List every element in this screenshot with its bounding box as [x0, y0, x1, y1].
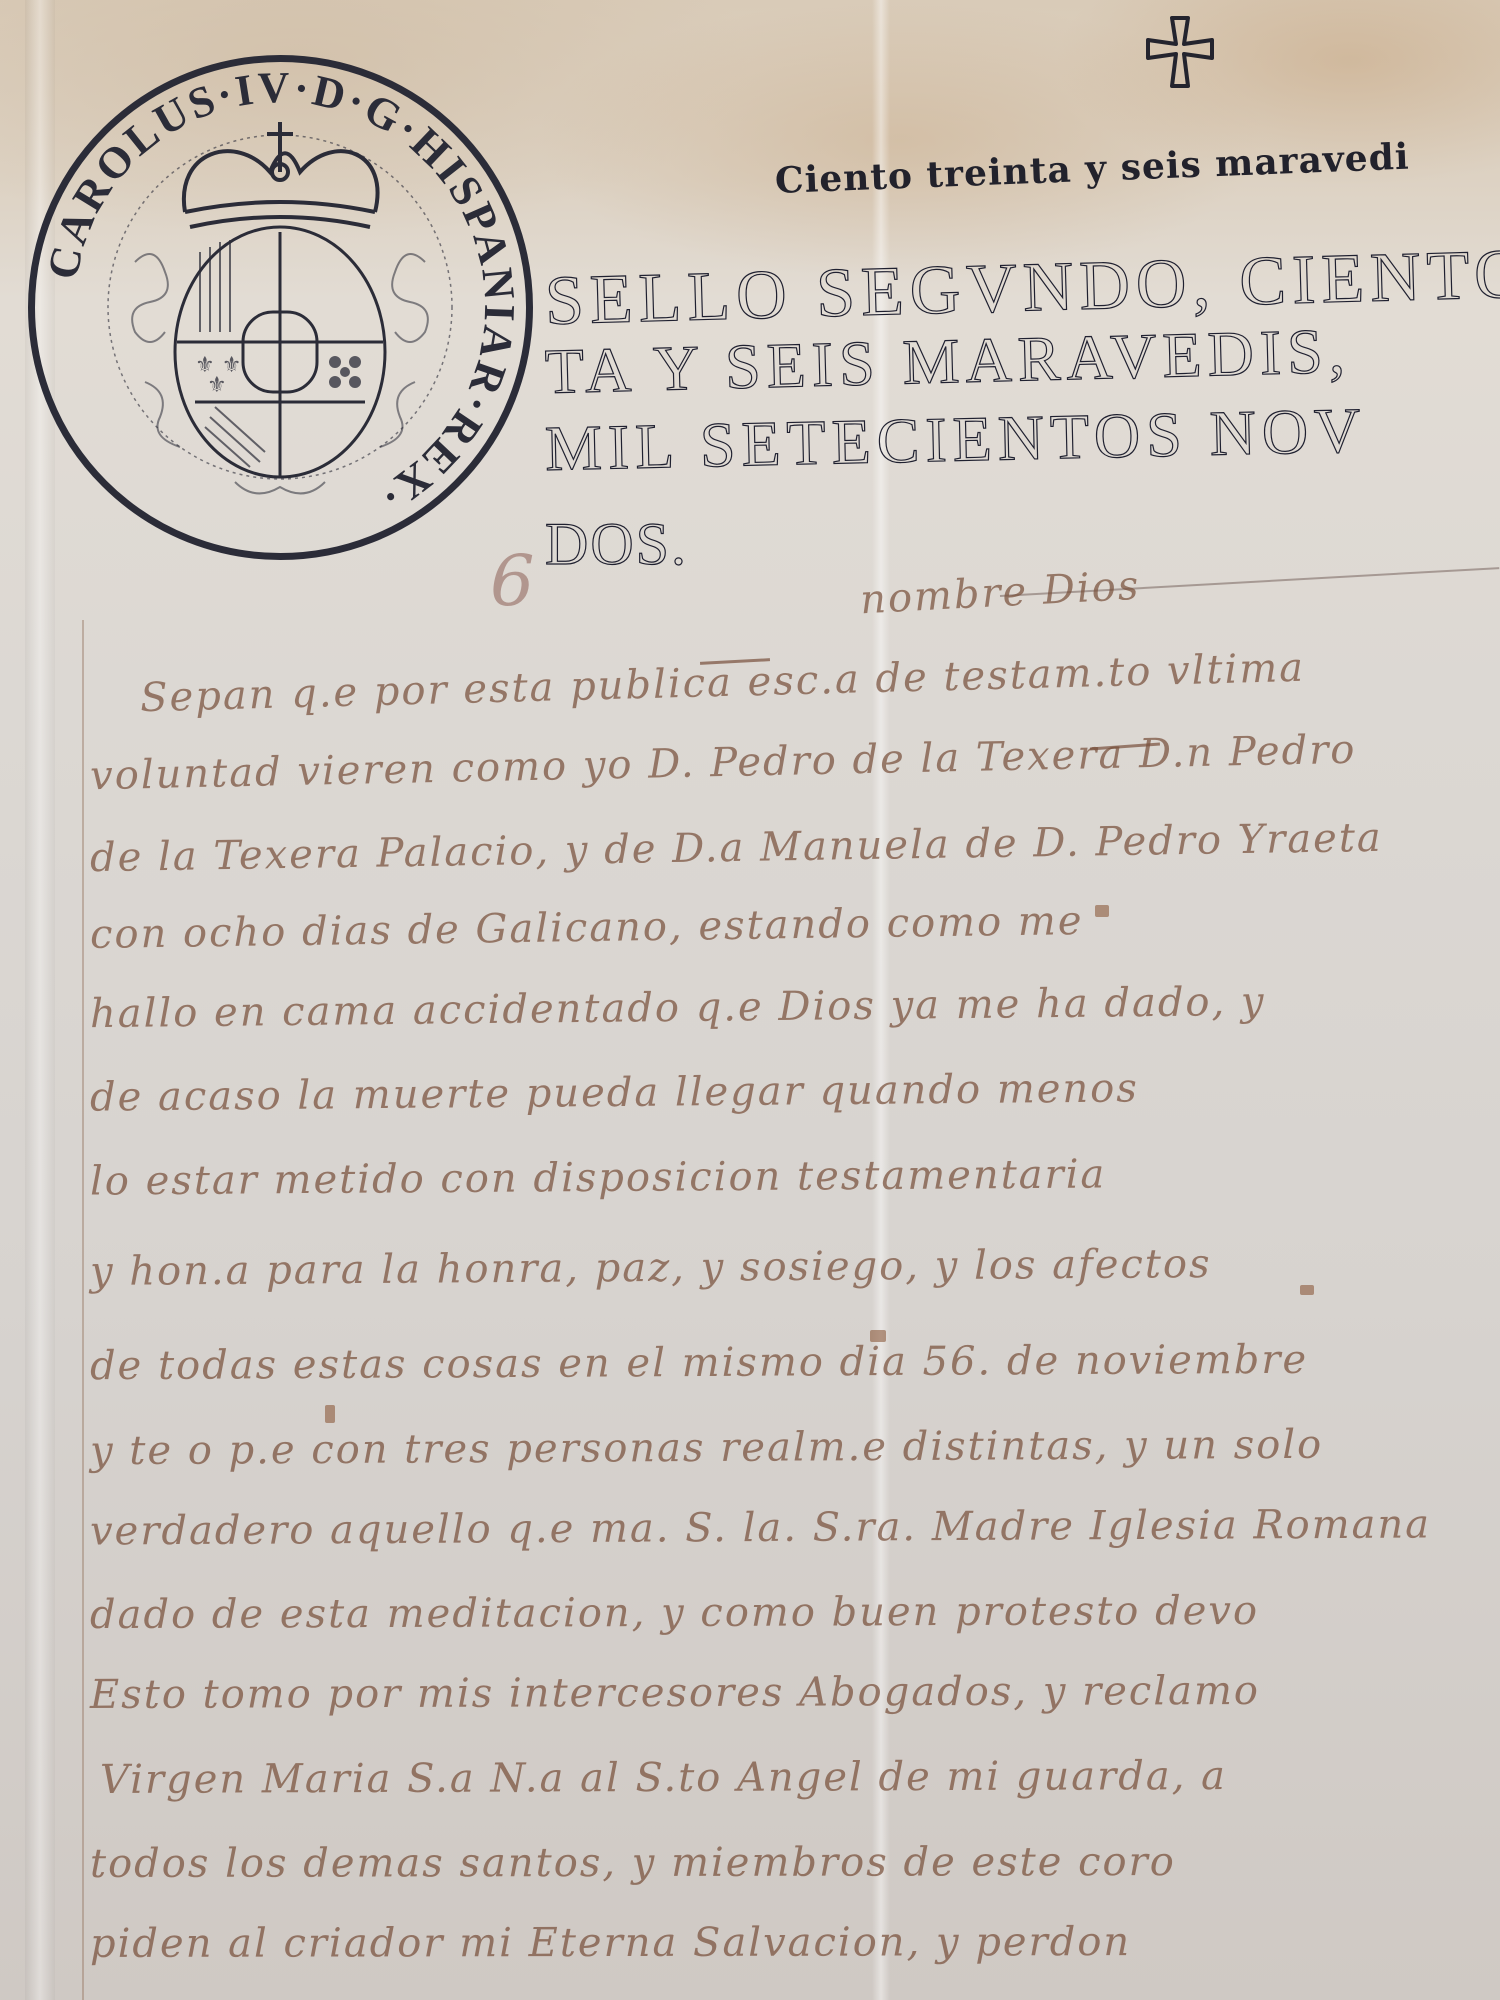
- handwritten-line-3: voluntad vieren como yo D. Pedro de la T…: [90, 727, 1357, 800]
- gothic-price-line: Ciento treinta y seis maravedi: [774, 136, 1410, 202]
- printed-line-3: MIL SETECIENTOS NOV: [544, 393, 1367, 486]
- handwritten-line-13: dado de esta meditacion, y como buen pro…: [90, 1588, 1259, 1638]
- handwritten-line-9: y hon.a para la honra, paz, y sosiego, y…: [90, 1241, 1212, 1295]
- svg-text:⚜: ⚜: [207, 373, 227, 398]
- ink-blot: [1095, 905, 1109, 917]
- handwritten-line-5: con ocho dias de Galicano, estando como …: [90, 898, 1084, 958]
- handwritten-line-8: lo estar metido con disposicion testamen…: [90, 1151, 1107, 1204]
- page-mark: 6: [490, 540, 537, 622]
- ink-blot: [1300, 1285, 1314, 1295]
- royal-seal: CAROLUS·IV·D·G·HISPANIAR·REX·: [28, 55, 533, 560]
- ink-blot: [325, 1405, 335, 1423]
- handwritten-line-2: Sepan q.e por esta publica esc.a de test…: [140, 645, 1306, 721]
- margin-line: [82, 620, 84, 2000]
- handwritten-line-15: Virgen Maria S.a N.a al S.to Angel de mi…: [100, 1753, 1227, 1803]
- ink-blot: [870, 1330, 886, 1342]
- handwritten-line-6: hallo en cama accidentado q.e Dios ya me…: [90, 979, 1266, 1037]
- handwritten-line-4: de la Texera Palacio, y de D.a Manuela d…: [90, 815, 1383, 881]
- handwritten-line-17: piden al criador mi Eterna Salvacion, y …: [90, 1919, 1131, 1967]
- handwritten-line-1: nombre Dios: [859, 563, 1141, 624]
- handwritten-line-7: de acaso la muerte pueda llegar quando m…: [90, 1065, 1139, 1120]
- coat-of-arms-icon: CAROLUS·IV·D·G·HISPANIAR·REX·: [35, 62, 526, 553]
- handwritten-line-12: verdadero aquello q.e ma. S. la. S.ra. M…: [90, 1501, 1431, 1554]
- printed-line-4: DOS.: [545, 510, 688, 579]
- handwritten-line-11: y te o p.e con tres personas realm.e dis…: [90, 1422, 1323, 1474]
- handwritten-line-10: de todas estas cosas en el mismo dia 56.…: [90, 1337, 1308, 1389]
- cross-patee-icon: [1140, 14, 1220, 94]
- handwritten-line-16: todos los demas santos, y miembros de es…: [90, 1839, 1176, 1887]
- handwritten-line-14: Esto tomo por mis intercesores Abogados,…: [90, 1668, 1260, 1718]
